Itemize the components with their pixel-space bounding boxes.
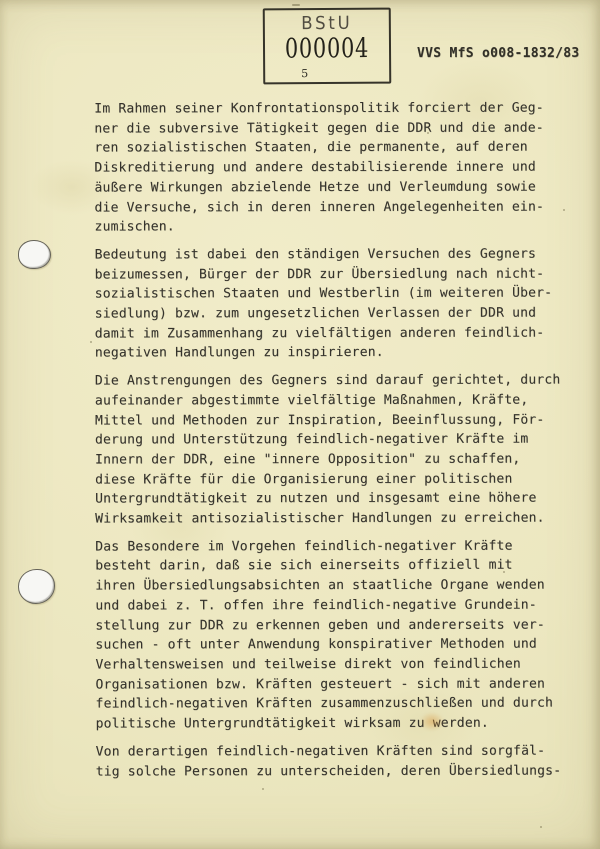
paragraph-1: Im Rahmen seiner Konfrontationspolitik f…: [94, 99, 568, 238]
classification-reference: VVS MfS o008-1832/83: [417, 46, 580, 61]
paper-stain: [420, 712, 444, 731]
paragraph-3: Die Anstrengungen des Gegners sind darau…: [95, 371, 569, 530]
paper-speck: [292, 4, 300, 6]
paragraph-2: Bedeutung ist dabei den ständigen Versuc…: [95, 244, 569, 363]
stamp-sub-number: 5: [301, 67, 308, 80]
hole-punch-bottom: [18, 569, 55, 604]
stamp-org-label: BStU: [270, 13, 384, 35]
stamp-page-number: 000004: [277, 35, 376, 63]
paper-speck: [503, 571, 505, 573]
paper-speck: [563, 209, 565, 211]
scanned-document-page: BStU 000004 5 VVS MfS o008-1832/83 Im Ra…: [0, 0, 600, 849]
paper-speck: [540, 826, 542, 828]
paragraph-5: Von derartigen feindlich-negativen Kräft…: [96, 741, 570, 781]
paper-speck: [427, 132, 429, 134]
paper-speck: [155, 497, 157, 499]
document-body: Im Rahmen seiner Konfrontationspolitik f…: [94, 99, 569, 790]
paper-speck: [90, 341, 92, 343]
bstu-archive-stamp: BStU 000004 5: [263, 8, 392, 85]
paragraph-4: Das Besondere im Vorgehen feindlich-nega…: [95, 536, 569, 734]
paper-speck: [262, 788, 264, 790]
hole-punch-top: [18, 240, 51, 269]
